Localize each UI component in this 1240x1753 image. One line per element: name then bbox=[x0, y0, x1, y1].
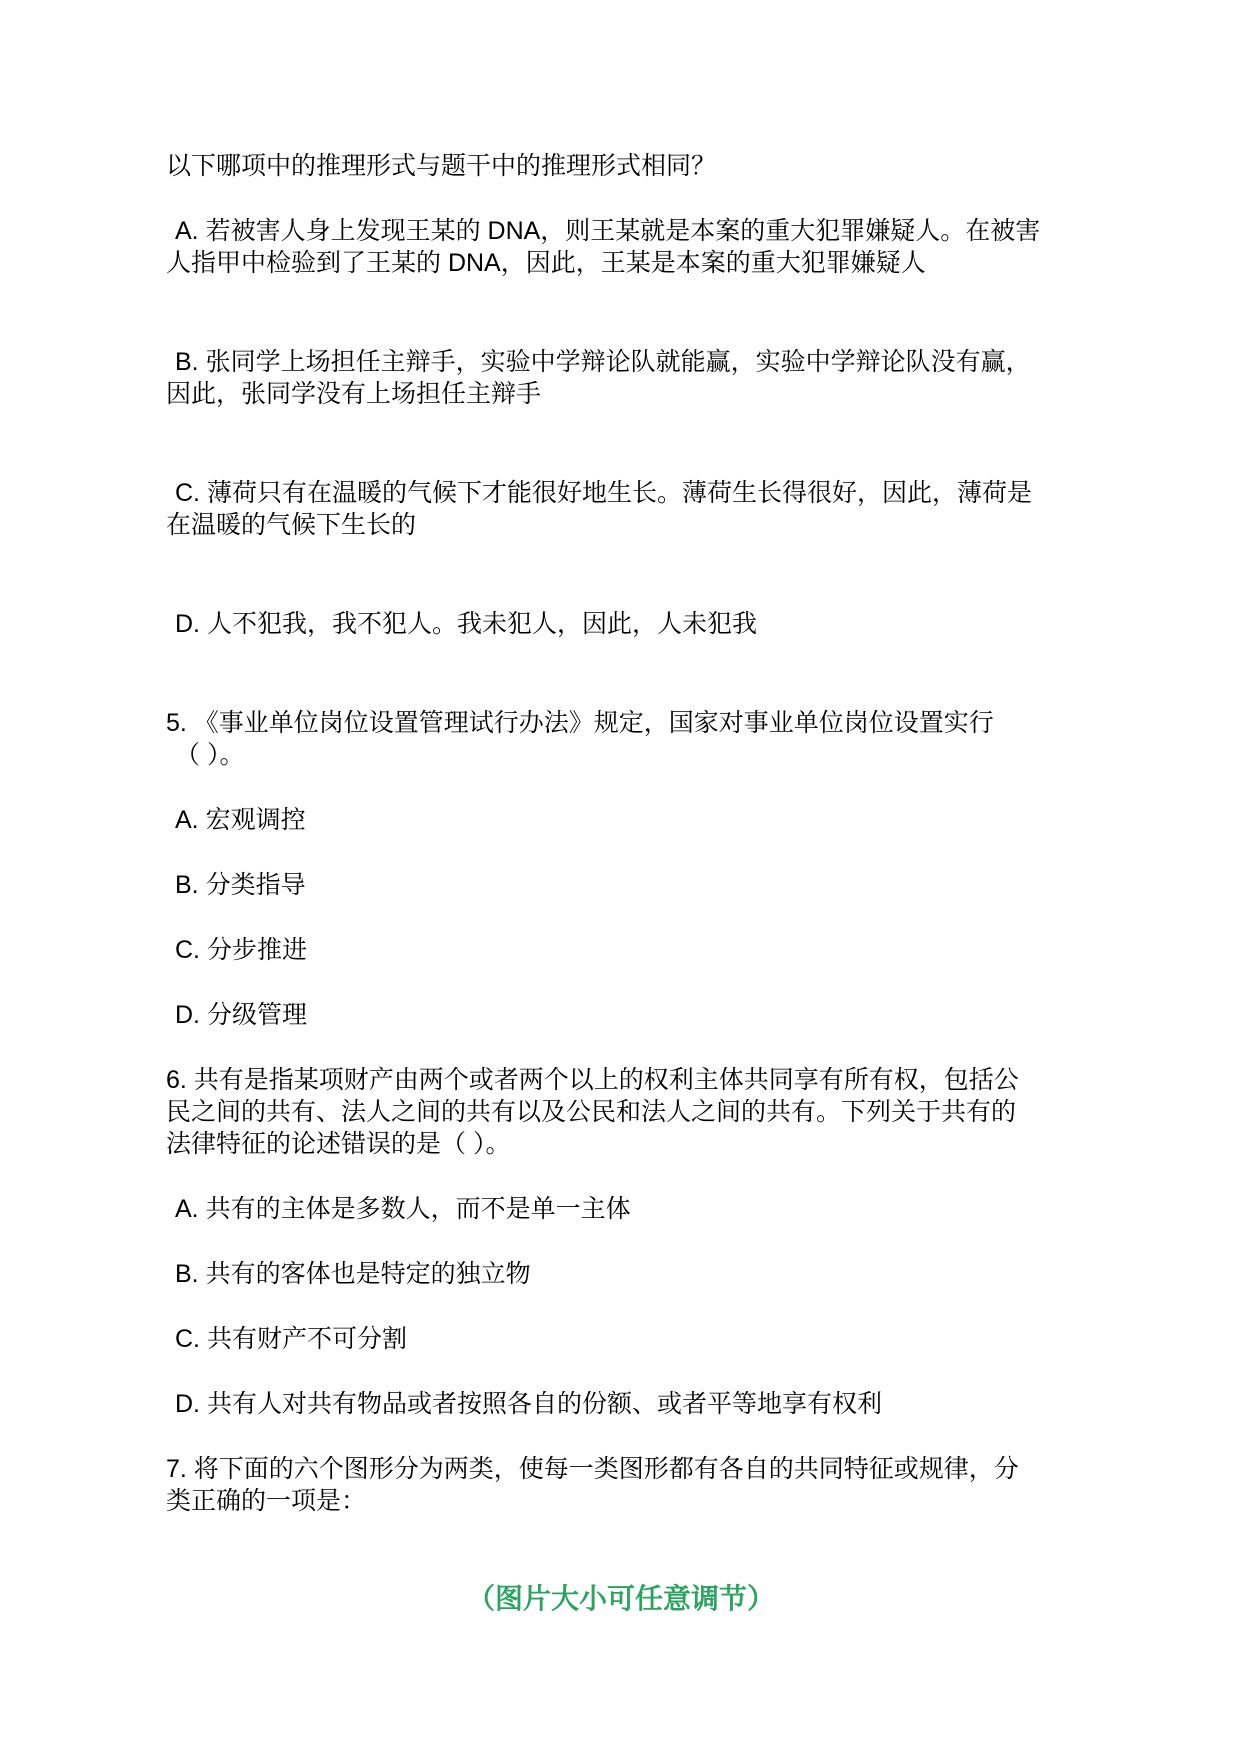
q6-option-b: B. 共有的客体也是特定的独立物 bbox=[166, 1258, 1076, 1290]
q5-stem-line-2: （ ）。 bbox=[166, 739, 1076, 771]
q6-option-d: D. 共有人对共有物品或者按照各自的份额、或者平等地享有权利 bbox=[166, 1388, 1076, 1420]
q4-option-a: A. 若被害人身上发现王某的 DNA，则王某就是本案的重大犯罪嫌疑人。在被害 人… bbox=[166, 215, 1076, 279]
q5-option-a-line: A. 宏观调控 bbox=[166, 804, 1076, 836]
q6-option-a-line: A. 共有的主体是多数人，而不是单一主体 bbox=[166, 1193, 1076, 1225]
q5-stem-line-1: 5. 《事业单位岗位设置管理试行办法》规定，国家对事业单位岗位设置实行 bbox=[166, 707, 1076, 739]
q4-option-c-line-1: C. 薄荷只有在温暖的气候下才能很好地生长。薄荷生长得很好，因此，薄荷是 bbox=[166, 477, 1076, 509]
q5-option-d-line: D. 分级管理 bbox=[166, 999, 1076, 1031]
q4-option-b: B. 张同学上场担任主辩手，实验中学辩论队就能赢，实验中学辩论队没有赢， 因此，… bbox=[166, 346, 1076, 410]
q4-option-a-line-2: 人指甲中检验到了王某的 DNA，因此，王某是本案的重大犯罪嫌疑人 bbox=[166, 247, 1076, 279]
q6-option-b-line: B. 共有的客体也是特定的独立物 bbox=[166, 1258, 1076, 1290]
q4-stem-line: 以下哪项中的推理形式与题干中的推理形式相同？ bbox=[166, 150, 1076, 182]
q5-option-c-line: C. 分步推进 bbox=[166, 934, 1076, 966]
q5-option-a: A. 宏观调控 bbox=[166, 804, 1076, 836]
q4-option-b-line-1: B. 张同学上场担任主辩手，实验中学辩论队就能赢，实验中学辩论队没有赢， bbox=[166, 346, 1076, 378]
q6-stem: 6. 共有是指某项财产由两个或者两个以上的权利主体共同享有所有权，包括公 民之间… bbox=[166, 1064, 1076, 1160]
q6-option-c-line: C. 共有财产不可分割 bbox=[166, 1323, 1076, 1355]
q5-option-b-line: B. 分类指导 bbox=[166, 869, 1076, 901]
q5-stem: 5. 《事业单位岗位设置管理试行办法》规定，国家对事业单位岗位设置实行 （ ）。 bbox=[166, 707, 1076, 771]
exam-content: 以下哪项中的推理形式与题干中的推理形式相同？ A. 若被害人身上发现王某的 DN… bbox=[166, 150, 1076, 1616]
document-page: 以下哪项中的推理形式与题干中的推理形式相同？ A. 若被害人身上发现王某的 DN… bbox=[0, 0, 1240, 1753]
q4-option-b-line-2: 因此，张同学没有上场担任主辩手 bbox=[166, 378, 1076, 410]
q6-option-a: A. 共有的主体是多数人，而不是单一主体 bbox=[166, 1193, 1076, 1225]
image-resize-note-text: （图片大小可任意调节） bbox=[166, 1584, 1076, 1616]
q6-option-d-line: D. 共有人对共有物品或者按照各自的份额、或者平等地享有权利 bbox=[166, 1388, 1076, 1420]
q4-stem: 以下哪项中的推理形式与题干中的推理形式相同？ bbox=[166, 150, 1076, 182]
q4-option-a-line-1: A. 若被害人身上发现王某的 DNA，则王某就是本案的重大犯罪嫌疑人。在被害 bbox=[166, 215, 1076, 247]
q7-stem-line-1: 7. 将下面的六个图形分为两类，使每一类图形都有各自的共同特征或规律，分 bbox=[166, 1453, 1076, 1485]
q6-option-c: C. 共有财产不可分割 bbox=[166, 1323, 1076, 1355]
q5-option-d: D. 分级管理 bbox=[166, 999, 1076, 1031]
q4-option-c: C. 薄荷只有在温暖的气候下才能很好地生长。薄荷生长得很好，因此，薄荷是 在温暖… bbox=[166, 477, 1076, 541]
q4-option-d: D. 人不犯我，我不犯人。我未犯人，因此，人未犯我 bbox=[166, 608, 1076, 640]
q5-option-b: B. 分类指导 bbox=[166, 869, 1076, 901]
q6-stem-line-1: 6. 共有是指某项财产由两个或者两个以上的权利主体共同享有所有权，包括公 bbox=[166, 1064, 1076, 1096]
q4-option-d-line: D. 人不犯我，我不犯人。我未犯人，因此，人未犯我 bbox=[166, 608, 1076, 640]
q7-stem-line-2: 类正确的一项是： bbox=[166, 1485, 1076, 1517]
q6-stem-line-3: 法律特征的论述错误的是（ ）。 bbox=[166, 1128, 1076, 1160]
q4-option-c-line-2: 在温暖的气候下生长的 bbox=[166, 509, 1076, 541]
q7-stem: 7. 将下面的六个图形分为两类，使每一类图形都有各自的共同特征或规律，分 类正确… bbox=[166, 1453, 1076, 1517]
q5-option-c: C. 分步推进 bbox=[166, 934, 1076, 966]
image-resize-note: （图片大小可任意调节） bbox=[166, 1584, 1076, 1616]
q6-stem-line-2: 民之间的共有、法人之间的共有以及公民和法人之间的共有。下列关于共有的 bbox=[166, 1096, 1076, 1128]
